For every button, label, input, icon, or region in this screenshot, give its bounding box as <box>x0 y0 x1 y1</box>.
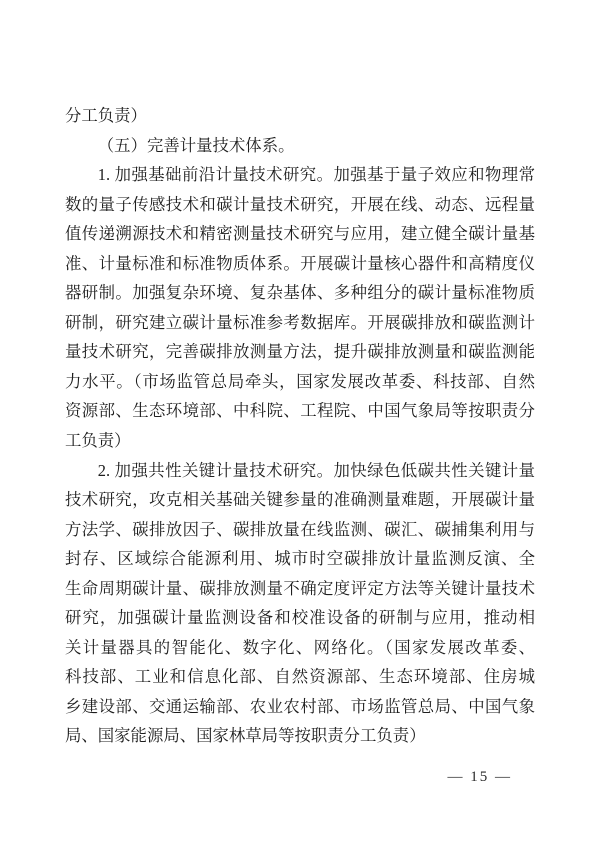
item2-line-9: 乡建设部、交通运输部、农业农村部、市场监管总局、中国气象 <box>65 692 535 722</box>
item2-line-4: 封存、区域综合能源利用、城市时空碳排放计量监测反演、全 <box>65 544 535 574</box>
item2-line-8: 科技部、工业和信息化部、自然资源部、生态环境部、住房城 <box>65 662 535 692</box>
item2-line-10: 局、国家能源局、国家林草局等按职责分工负责） <box>65 721 535 751</box>
item1-line-5: 器研制。加强复杂环境、复杂基体、多种组分的碳计量标准物质 <box>65 278 535 308</box>
item2-line-6: 研究，加强碳计量监测设备和校准设备的研制与应用，推动相 <box>65 603 535 633</box>
item1-line-9: 资源部、生态环境部、中科院、工程院、中国气象局等按职责分 <box>65 396 535 426</box>
section-heading: （五）完善计量技术体系。 <box>65 131 535 161</box>
page-number: — 15 — <box>448 766 513 788</box>
item1-line-3: 值传递溯源技术和精密测量技术研究与应用，建立健全碳计量基 <box>65 219 535 249</box>
item1-line-10: 工负责） <box>65 426 535 456</box>
paragraph-continuation-line: 分工负责） <box>65 101 535 131</box>
item2-line-3: 方法学、碳排放因子、碳排放量在线监测、碳汇、碳捕集利用与 <box>65 515 535 545</box>
item1-line-1: 1. 加强基础前沿计量技术研究。加强基于量子效应和物理常 <box>65 160 535 190</box>
item1-line-6: 研制，研究建立碳计量标准参考数据库。开展碳排放和碳监测计 <box>65 308 535 338</box>
item1-line-4: 准、计量标准和标准物质体系。开展碳计量核心器件和高精度仪 <box>65 249 535 279</box>
item2-line-1: 2. 加强共性关键计量技术研究。加快绿色低碳共性关键计量 <box>65 456 535 486</box>
item1-line-8: 力水平。（市场监管总局牵头，国家发展改革委、科技部、自然 <box>65 367 535 397</box>
document-page: 分工负责） （五）完善计量技术体系。 1. 加强基础前沿计量技术研究。加强基于量… <box>0 0 600 848</box>
item2-line-7: 关计量器具的智能化、数字化、网络化。（国家发展改革委、 <box>65 633 535 663</box>
item2-line-2: 技术研究，攻克相关基础关键参量的准确测量难题，开展碳计量 <box>65 485 535 515</box>
item2-line-5: 生命周期碳计量、碳排放测量不确定度评定方法等关键计量技术 <box>65 574 535 604</box>
item1-line-2: 数的量子传感技术和碳计量技术研究，开展在线、动态、远程量 <box>65 190 535 220</box>
item1-line-7: 量技术研究，完善碳排放测量方法，提升碳排放测量和碳监测能 <box>65 337 535 367</box>
document-body: 分工负责） （五）完善计量技术体系。 1. 加强基础前沿计量技术研究。加强基于量… <box>65 101 535 751</box>
